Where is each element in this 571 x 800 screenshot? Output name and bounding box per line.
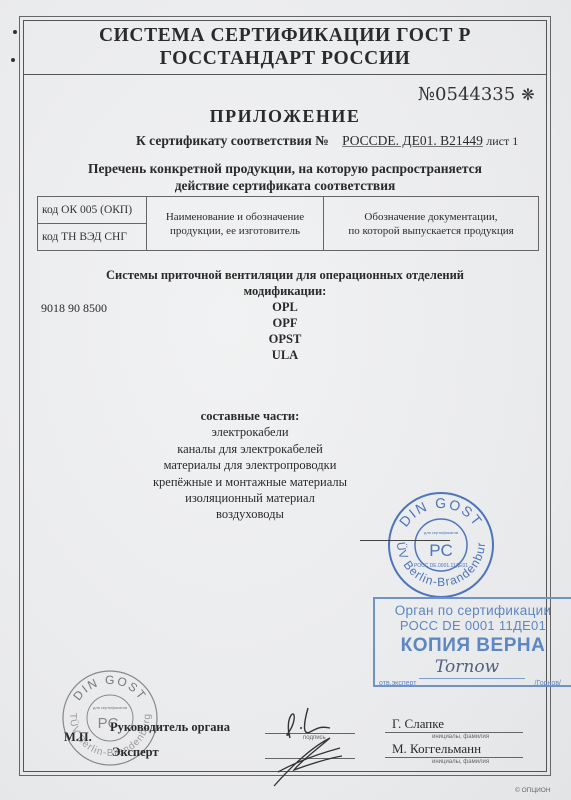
- product-name-header: Наименование и обозначение продукции, ее…: [147, 197, 324, 251]
- documentation-header-line1: Обозначение документации,: [328, 210, 534, 224]
- product-name-header-line1: Наименование и обозначение: [151, 210, 319, 224]
- sheet-number: лист 1: [486, 134, 518, 148]
- certificate-number: РОССDE. ДЕ01. B21449: [332, 133, 483, 148]
- modifications-label: модификации:: [24, 283, 546, 299]
- asterisk-icon: ❋: [521, 85, 534, 104]
- expert-name-line: [385, 757, 523, 758]
- code-tnved-header: код ТН ВЭД СНГ: [38, 224, 147, 251]
- certificate-page: СИСТЕМА СЕРТИФИКАЦИИ ГОСТ Р ГОССТАНДАРТ …: [0, 0, 571, 800]
- code-okp-header: код ОК 005 (ОКП): [38, 197, 147, 224]
- expert-signature: Tornow: [435, 657, 499, 677]
- binder-hole: [11, 58, 15, 62]
- svg-text:для сертификатов: для сертификатов: [424, 530, 458, 535]
- component-item: электрокабели: [120, 424, 380, 440]
- copy-stamp-line2: РОСС DE 0001 11ДЕ01: [375, 618, 571, 633]
- tuv-round-stamp-icon: DIN GOST TÜV Berlin-Brandenburg для серт…: [383, 490, 499, 600]
- handwritten-signature-icon: [270, 698, 360, 788]
- product-name: Системы приточной вентиляции для операци…: [24, 267, 546, 283]
- stamp-crossline: [360, 540, 450, 541]
- modification-item: OPF: [24, 315, 546, 331]
- name-caption: инициалы, фамилия: [432, 734, 489, 740]
- svg-text:для сертификатов: для сертификатов: [93, 705, 127, 710]
- agency-title: ГОССТАНДАРТ РОССИИ: [24, 48, 546, 70]
- copyright: © ОПЦИОН: [515, 787, 551, 794]
- head-name-line: [385, 732, 523, 733]
- head-name: Г. Слапке: [392, 716, 444, 732]
- component-item: воздуховоды: [120, 506, 380, 522]
- certificate-label: К сертификату соответствия №: [136, 133, 329, 148]
- modification-item: ULA: [24, 347, 546, 363]
- mp-label: М.П.: [64, 730, 92, 745]
- list-title: Перечень конкретной продукции, на котору…: [24, 160, 546, 194]
- component-item: крепёжные и монтажные материалы: [120, 474, 380, 490]
- documentation-header-line2: по которой выпускается продукция: [328, 224, 534, 238]
- component-item: каналы для электрокабелей: [120, 441, 380, 457]
- expert-role-label: Эксперт: [112, 745, 159, 760]
- component-item: изоляционный материал: [120, 490, 380, 506]
- components-block: составные части: электрокабели каналы дл…: [120, 408, 380, 523]
- head-label: Руководитель органа: [110, 720, 230, 735]
- svg-text:DIN GOST: DIN GOST: [396, 495, 486, 530]
- expert-name-value: М. Коггельманн: [392, 741, 481, 757]
- binder-hole: [13, 30, 17, 34]
- serial-number-value: №0544335: [418, 84, 515, 105]
- expert-label: отв.эксперт: [379, 680, 416, 687]
- svg-text:РОСС DE.0001.11ДЕ01: РОСС DE.0001.11ДЕ01: [414, 563, 468, 569]
- tnved-code: 9018 90 8500: [41, 301, 107, 316]
- copy-stamp-line1: Орган по сертификации: [375, 603, 571, 618]
- document-title: ПРИЛОЖЕНИЕ: [24, 106, 546, 127]
- header-divider: [24, 74, 546, 75]
- svg-text:DIN GOST: DIN GOST: [70, 673, 149, 703]
- certificate-reference: К сертификату соответствия № РОССDE. ДЕ0…: [136, 133, 518, 149]
- copy-stamp-line3: КОПИЯ ВЕРНА: [375, 635, 571, 657]
- list-title-line2: действие сертификата соответствия: [24, 177, 546, 194]
- name-caption: инициалы, фамилия: [432, 759, 489, 765]
- expert-line: [419, 678, 525, 679]
- modification-item: OPST: [24, 331, 546, 347]
- documentation-header: Обозначение документации, по которой вып…: [324, 197, 539, 251]
- svg-text:PC: PC: [429, 541, 453, 560]
- product-name-header-line2: продукции, ее изготовитель: [151, 224, 319, 238]
- list-title-line1: Перечень конкретной продукции, на котору…: [24, 160, 546, 177]
- system-title: СИСТЕМА СЕРТИФИКАЦИИ ГОСТ Р: [24, 25, 546, 47]
- components-label: составные части:: [120, 408, 380, 424]
- expert-name: /Горнов/: [535, 680, 561, 687]
- serial-number: №0544335❋: [418, 84, 535, 105]
- product-table-header: код ОК 005 (ОКП) Наименование и обозначе…: [37, 196, 539, 251]
- true-copy-stamp: Орган по сертификации РОСС DE 0001 11ДЕ0…: [373, 597, 571, 687]
- component-item: материалы для электропроводки: [120, 457, 380, 473]
